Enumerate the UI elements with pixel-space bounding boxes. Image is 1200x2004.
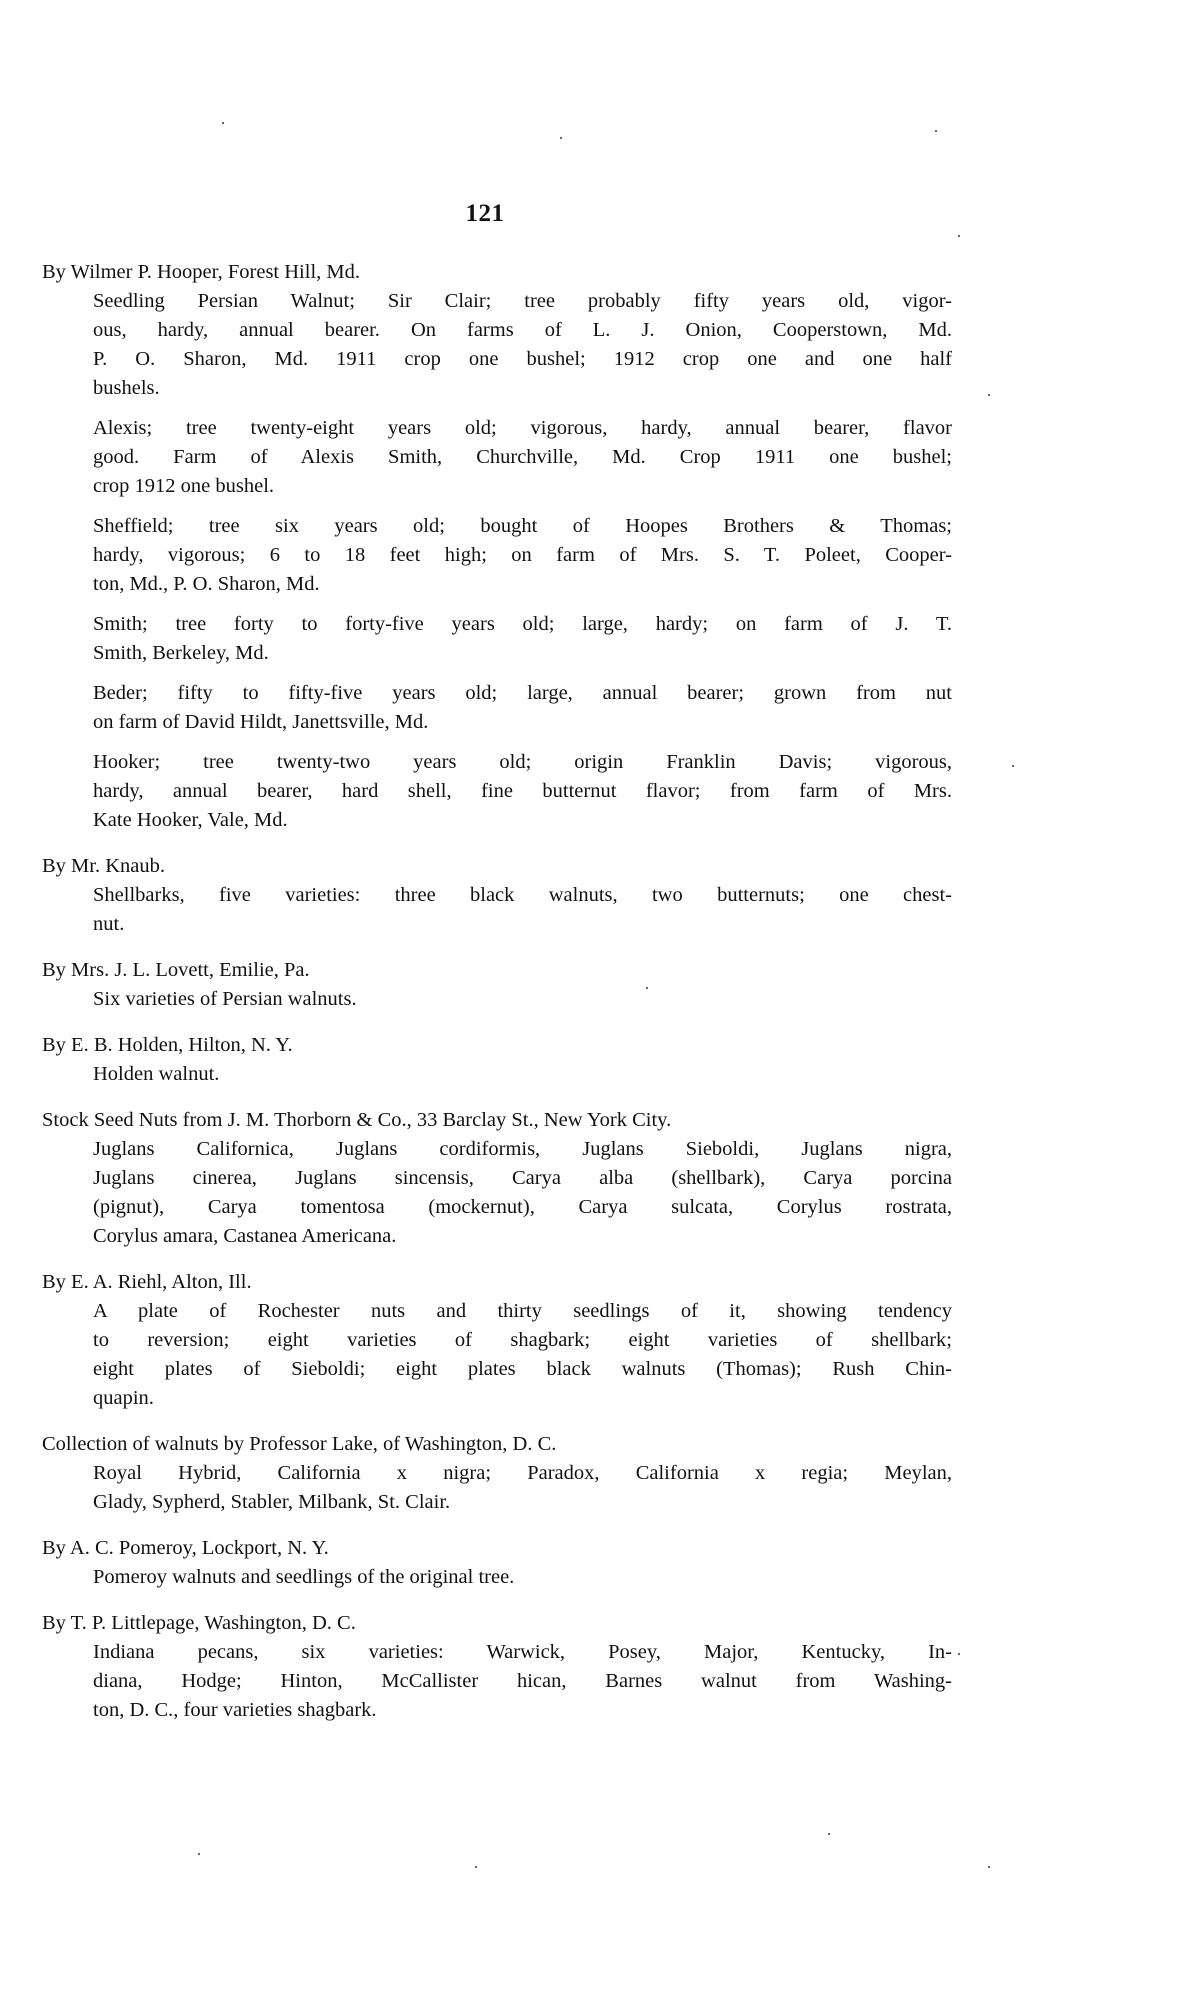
entry: Stock Seed Nuts from J. M. Thorborn & Co… xyxy=(42,1106,952,1251)
scan-speck xyxy=(222,122,224,124)
paragraph: Pomeroy walnuts and seedlings of the ori… xyxy=(93,1563,952,1592)
entry-heading: By E. B. Holden, Hilton, N. Y. xyxy=(42,1031,952,1060)
paragraph: Smith; tree forty to forty-five years ol… xyxy=(93,610,952,668)
text-line: quapin. xyxy=(93,1384,952,1413)
entry: By Wilmer P. Hooper, Forest Hill, Md.See… xyxy=(42,258,952,835)
scan-speck xyxy=(1012,765,1014,767)
text-line: Smith; tree forty to forty-five years ol… xyxy=(93,610,952,639)
text-line: diana, Hodge; Hinton, McCallister hican,… xyxy=(93,1667,952,1696)
entry: By T. P. Littlepage, Washington, D. C.In… xyxy=(42,1609,952,1725)
entry-body: A plate of Rochester nuts and thirty see… xyxy=(93,1297,952,1413)
page-body: By Wilmer P. Hooper, Forest Hill, Md.See… xyxy=(42,258,952,1742)
text-line: P. O. Sharon, Md. 1911 crop one bushel; … xyxy=(93,345,952,374)
entry: By E. A. Riehl, Alton, Ill.A plate of Ro… xyxy=(42,1268,952,1413)
paragraph: Indiana pecans, six varieties: Warwick, … xyxy=(93,1638,952,1725)
text-line: Smith, Berkeley, Md. xyxy=(93,639,952,668)
text-line: Alexis; tree twenty-eight years old; vig… xyxy=(93,414,952,443)
entry-body: Royal Hybrid, California x nigra; Parado… xyxy=(93,1459,952,1517)
entry-body: Six varieties of Persian walnuts. xyxy=(93,985,952,1014)
paragraph: Six varieties of Persian walnuts. xyxy=(93,985,952,1014)
paragraph: Juglans Californica, Juglans cordiformis… xyxy=(93,1135,952,1251)
text-line: Six varieties of Persian walnuts. xyxy=(93,985,952,1014)
text-line: on farm of David Hildt, Janettsville, Md… xyxy=(93,708,952,737)
entry-heading: Stock Seed Nuts from J. M. Thorborn & Co… xyxy=(42,1106,952,1135)
paragraph: Seedling Persian Walnut; Sir Clair; tree… xyxy=(93,287,952,403)
entry-body: Juglans Californica, Juglans cordiformis… xyxy=(93,1135,952,1251)
text-line: Indiana pecans, six varieties: Warwick, … xyxy=(93,1638,952,1667)
text-line: ton, Md., P. O. Sharon, Md. xyxy=(93,570,952,599)
scan-speck xyxy=(828,1833,830,1835)
entry-body: Pomeroy walnuts and seedlings of the ori… xyxy=(93,1563,952,1592)
text-line: to reversion; eight varieties of shagbar… xyxy=(93,1326,952,1355)
scan-speck xyxy=(988,1866,990,1868)
entry: By Mrs. J. L. Lovett, Emilie, Pa.Six var… xyxy=(42,956,952,1014)
paragraph: A plate of Rochester nuts and thirty see… xyxy=(93,1297,952,1413)
entry-heading: By Wilmer P. Hooper, Forest Hill, Md. xyxy=(42,258,952,287)
text-line: ous, hardy, annual bearer. On farms of L… xyxy=(93,316,952,345)
paragraph: Hooker; tree twenty-two years old; origi… xyxy=(93,748,952,835)
scan-speck xyxy=(198,1853,200,1855)
entry-body: Holden walnut. xyxy=(93,1060,952,1089)
entry-body: Seedling Persian Walnut; Sir Clair; tree… xyxy=(93,287,952,835)
page-number: 121 xyxy=(0,200,970,228)
text-line: bushels. xyxy=(93,374,952,403)
entry: Collection of walnuts by Professor Lake,… xyxy=(42,1430,952,1517)
scan-speck xyxy=(935,130,937,132)
text-line: Shellbarks, five varieties: three black … xyxy=(93,881,952,910)
text-line: A plate of Rochester nuts and thirty see… xyxy=(93,1297,952,1326)
text-line: Corylus amara, Castanea Americana. xyxy=(93,1222,952,1251)
text-line: eight plates of Sieboldi; eight plates b… xyxy=(93,1355,952,1384)
entry-heading: By Mr. Knaub. xyxy=(42,852,952,881)
scan-speck xyxy=(560,137,562,139)
scan-speck xyxy=(646,987,648,989)
text-line: Juglans cinerea, Juglans sincensis, Cary… xyxy=(93,1164,952,1193)
paragraph: Royal Hybrid, California x nigra; Parado… xyxy=(93,1459,952,1517)
scan-speck xyxy=(988,394,990,396)
scan-speck xyxy=(958,1653,960,1655)
text-line: Seedling Persian Walnut; Sir Clair; tree… xyxy=(93,287,952,316)
entry: By Mr. Knaub.Shellbarks, five varieties:… xyxy=(42,852,952,939)
paragraph: Alexis; tree twenty-eight years old; vig… xyxy=(93,414,952,501)
entry-body: Shellbarks, five varieties: three black … xyxy=(93,881,952,939)
entry-heading: By A. C. Pomeroy, Lockport, N. Y. xyxy=(42,1534,952,1563)
scan-speck xyxy=(475,1866,477,1868)
text-line: ton, D. C., four varieties shagbark. xyxy=(93,1696,952,1725)
text-line: Holden walnut. xyxy=(93,1060,952,1089)
entry: By A. C. Pomeroy, Lockport, N. Y.Pomeroy… xyxy=(42,1534,952,1592)
text-line: hardy, annual bearer, hard shell, fine b… xyxy=(93,777,952,806)
paragraph: Shellbarks, five varieties: three black … xyxy=(93,881,952,939)
text-line: hardy, vigorous; 6 to 18 feet high; on f… xyxy=(93,541,952,570)
text-line: Kate Hooker, Vale, Md. xyxy=(93,806,952,835)
entry: By E. B. Holden, Hilton, N. Y.Holden wal… xyxy=(42,1031,952,1089)
text-line: good. Farm of Alexis Smith, Churchville,… xyxy=(93,443,952,472)
scan-speck xyxy=(958,235,960,237)
text-line: (pignut), Carya tomentosa (mockernut), C… xyxy=(93,1193,952,1222)
text-line: Glady, Sypherd, Stabler, Milbank, St. Cl… xyxy=(93,1488,952,1517)
entry-heading: By Mrs. J. L. Lovett, Emilie, Pa. xyxy=(42,956,952,985)
text-line: Pomeroy walnuts and seedlings of the ori… xyxy=(93,1563,952,1592)
text-line: Royal Hybrid, California x nigra; Parado… xyxy=(93,1459,952,1488)
paragraph: Beder; fifty to fifty-five years old; la… xyxy=(93,679,952,737)
text-line: Sheffield; tree six years old; bought of… xyxy=(93,512,952,541)
entry-heading: By T. P. Littlepage, Washington, D. C. xyxy=(42,1609,952,1638)
text-line: crop 1912 one bushel. xyxy=(93,472,952,501)
text-line: Beder; fifty to fifty-five years old; la… xyxy=(93,679,952,708)
text-line: Hooker; tree twenty-two years old; origi… xyxy=(93,748,952,777)
paragraph: Holden walnut. xyxy=(93,1060,952,1089)
entry-heading: Collection of walnuts by Professor Lake,… xyxy=(42,1430,952,1459)
text-line: nut. xyxy=(93,910,952,939)
entry-heading: By E. A. Riehl, Alton, Ill. xyxy=(42,1268,952,1297)
entry-body: Indiana pecans, six varieties: Warwick, … xyxy=(93,1638,952,1725)
paragraph: Sheffield; tree six years old; bought of… xyxy=(93,512,952,599)
text-line: Juglans Californica, Juglans cordiformis… xyxy=(93,1135,952,1164)
